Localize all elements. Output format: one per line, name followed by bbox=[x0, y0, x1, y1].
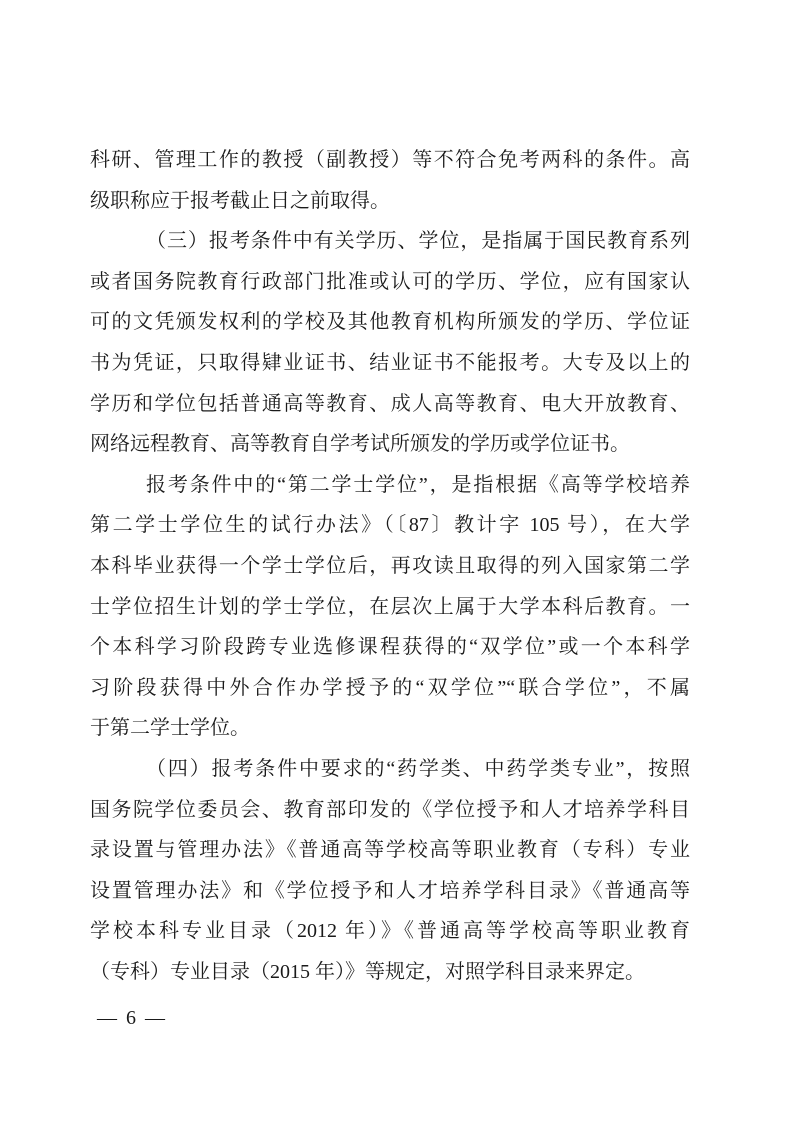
document-body: 科研、管理工作的教授（副教授）等不符合免考两科的条件。高 级职称应于报考截止日之… bbox=[90, 140, 690, 992]
text-line: （专科）专业目录（2015 年）》等规定，对照学科目录来界定。 bbox=[90, 952, 690, 993]
text-line: 习阶段获得中外合作办学授予的“双学位”“联合学位”，不属 bbox=[90, 668, 690, 709]
text-line: 个本科学习阶段跨专业选修课程获得的“双学位”或一个本科学 bbox=[90, 627, 690, 668]
text-line: 或者国务院教育行政部门批准或认可的学历、学位，应有国家认 bbox=[90, 262, 690, 303]
text-line: 第二学士学位生的试行办法》（〔87〕教计字 105 号），在大学 bbox=[90, 505, 690, 546]
text-line: 学校本科专业目录（2012 年）》《普通高等学校高等职业教育 bbox=[90, 911, 690, 952]
text-line: 学历和学位包括普通高等教育、成人高等教育、电大开放教育、 bbox=[90, 384, 690, 425]
text-line: （三）报考条件中有关学历、学位，是指属于国民教育系列 bbox=[90, 221, 690, 262]
document-page: 科研、管理工作的教授（副教授）等不符合免考两科的条件。高 级职称应于报考截止日之… bbox=[0, 0, 794, 1123]
text-line: 书为凭证，只取得肄业证书、结业证书不能报考。大专及以上的 bbox=[90, 343, 690, 384]
text-line: 本科毕业获得一个学士学位后，再攻读且取得的列入国家第二学 bbox=[90, 546, 690, 587]
text-line: 设置管理办法》和《学位授予和人才培养学科目录》《普通高等 bbox=[90, 871, 690, 912]
text-line: 级职称应于报考截止日之前取得。 bbox=[90, 181, 690, 222]
text-line: 可的文凭颁发权利的学校及其他教育机构所颁发的学历、学位证 bbox=[90, 302, 690, 343]
text-line: 报考条件中的“第二学士学位”，是指根据《高等学校培养 bbox=[90, 465, 690, 506]
page-number: — 6 — bbox=[97, 1003, 167, 1033]
text-line: 国务院学位委员会、教育部印发的《学位授予和人才培养学科目 bbox=[90, 790, 690, 831]
text-line: 士学位招生计划的学士学位，在层次上属于大学本科后教育。一 bbox=[90, 587, 690, 628]
text-line: 录设置与管理办法》《普通高等学校高等职业教育（专科）专业 bbox=[90, 830, 690, 871]
text-line: 网络远程教育、高等教育自学考试所颁发的学历或学位证书。 bbox=[90, 424, 690, 465]
text-line: （四）报考条件中要求的“药学类、中药学类专业”，按照 bbox=[90, 749, 690, 790]
text-line: 于第二学士学位。 bbox=[90, 708, 690, 749]
text-line: 科研、管理工作的教授（副教授）等不符合免考两科的条件。高 bbox=[90, 140, 690, 181]
